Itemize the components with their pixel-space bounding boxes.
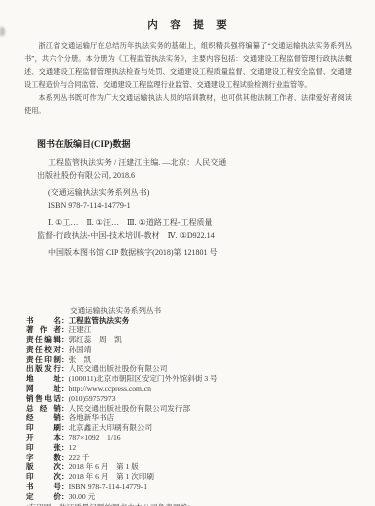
colophon-colon: ： [61, 394, 69, 403]
colophon-colon: ： [61, 325, 69, 334]
colophon-label: 经销 [26, 413, 61, 423]
colophon-label: 印次 [26, 472, 61, 482]
scan-smudge [0, 27, 5, 36]
cip-lines: 工程监管执法实务 / 汪建江主编. —北京：人民交通出版社股份有限公司, 201… [37, 157, 282, 260]
colophon-label: 印刷 [26, 423, 61, 433]
colophon-colon: ： [61, 453, 69, 462]
content-summary-section: 内 容 提 要 浙江省交通运输厅在总结历年执法实务的基础上，组织精兵强将编纂了“… [0, 0, 375, 118]
colophon-label: 责任印制 [26, 355, 61, 365]
cip-line: Ⅰ. ①工… Ⅱ. ①汪… Ⅲ. ①道路工程-工程质量 [37, 217, 282, 230]
colophon-row: 总经销：人民交通出版社股份有限公司发行部 [26, 404, 375, 414]
colophon-value: 汪建江 [69, 325, 92, 334]
colophon-label: 书名 [26, 316, 61, 326]
colophon-row: 印刷：北京鑫正大印刷有限公司 [26, 423, 375, 433]
colophon-colon: ： [61, 462, 69, 471]
colophon-value: (010)59757973 [69, 394, 116, 403]
colophon-row: 责任编辑：郭红蕊 周 凯 [26, 335, 375, 345]
colophon-value: 郭红蕊 周 凯 [69, 335, 122, 344]
colophon-row: 书名：工程监管执法实务 [26, 316, 375, 326]
colophon-label: 开本 [26, 433, 61, 443]
colophon-value: 12 [69, 443, 77, 452]
colophon-value: ISBN 978-7-114-14779-1 [69, 482, 147, 491]
colophon-colon: ： [61, 423, 69, 432]
colophon-label: 责任编辑 [26, 335, 61, 345]
colophon-colon: ： [61, 492, 69, 501]
colophon-row: 经销：各地新华书店 [26, 413, 375, 423]
summary-paragraph-1: 浙江省交通运输厅在总结历年执法实务的基础上，组织精兵强将编纂了“交通运输执法实务… [24, 40, 352, 92]
colophon-label: 总经销 [26, 404, 61, 414]
colophon-value: 孙国靖 [69, 345, 92, 354]
colophon-colon: ： [61, 404, 69, 413]
colophon-label: 书号 [26, 482, 61, 492]
colophon-row: 销售电话：(010)59757973 [26, 394, 375, 404]
colophon-colon: ： [61, 316, 69, 325]
colophon-colon: ： [61, 482, 69, 491]
colophon-row: 印次：2018 年 6 月 第 1 次印刷 [26, 472, 375, 482]
colophon-value: (100011)北京市朝阳区安定门外外馆斜街 3 号 [69, 374, 218, 383]
colophon-row: 定价：30.00 元 [26, 492, 375, 502]
colophon-label: 版次 [26, 462, 61, 472]
colophon-colon: ： [61, 413, 69, 422]
cip-line: ISBN 978-7-114-14779-1 [37, 200, 282, 213]
colophon-colon: ： [61, 433, 69, 442]
cip-line: 监督-行政执法-中国-技术培训-教材 Ⅳ. ①D922.14 [37, 230, 282, 243]
cip-data-section: 图书在版编目(CIP)数据 工程监管执法实务 / 汪建江主编. —北京：人民交通… [37, 137, 282, 260]
colophon-colon: ： [61, 364, 69, 373]
summary-body: 浙江省交通运输厅在总结历年执法实务的基础上，组织精兵强将编纂了“交通运输执法实务… [24, 40, 352, 118]
colophon-colon: ： [61, 472, 69, 481]
colophon-label: 地址 [26, 374, 61, 384]
colophon-value: 2018 年 6 月 第 1 次印刷 [69, 472, 154, 481]
colophon-value: 张 凯 [69, 355, 92, 364]
colophon-colon: ： [61, 335, 69, 344]
colophon-row: 版次：2018 年 6 月 第 1 版 [26, 462, 375, 472]
colophon-row: 开本：787×1092 1/16 [26, 433, 375, 443]
colophon-colon: ： [61, 384, 69, 393]
colophon-row: 印张：12 [26, 443, 375, 453]
colophon-label: 印张 [26, 443, 61, 453]
colophon-value: 人民交通出版社股份有限公司 [69, 364, 168, 373]
colophon-row: 地址：(100011)北京市朝阳区安定门外外馆斜街 3 号 [26, 374, 375, 384]
colophon-value: 北京鑫正大印刷有限公司 [69, 423, 153, 432]
colophon-colon: ： [61, 345, 69, 354]
cip-line: 出版社股份有限公司, 2018.6 [37, 170, 282, 183]
colophon-value: 人民交通出版社股份有限公司发行部 [69, 404, 191, 413]
colophon-colon: ： [61, 374, 69, 383]
cip-line: 中国版本图书馆 CIP 数据核字(2018)第 121801 号 [37, 247, 282, 260]
colophon-row: 著作者：汪建江 [26, 325, 375, 335]
colophon-value: 工程监管执法实务 [69, 316, 130, 325]
colophon-row: 字数：222 千 [26, 453, 375, 463]
colophon-label: 出版发行 [26, 364, 61, 374]
colophon-value: http://www.ccpress.com.cn [69, 384, 151, 393]
colophon-label: 著作者 [26, 325, 61, 335]
colophon-row: 责任校对：孙国靖 [26, 345, 375, 355]
colophon-label: 字数 [26, 453, 61, 463]
colophon-colon: ： [61, 443, 69, 452]
colophon-value: 2018 年 6 月 第 1 版 [69, 462, 139, 471]
cip-heading: 图书在版编目(CIP)数据 [37, 137, 282, 150]
colophon-row: 书号：ISBN 978-7-114-14779-1 [26, 482, 375, 492]
colophon-value: 787×1092 1/16 [69, 433, 121, 442]
colophon-row: 出版发行：人民交通出版社股份有限公司 [26, 364, 375, 374]
book-copyright-page: 内 容 提 要 浙江省交通运输厅在总结历年执法实务的基础上，组织精兵强将编纂了“… [0, 0, 375, 506]
quality-exchange-note: (有印刷、装订质量问题的图书由本公司负责调换) [26, 503, 375, 506]
colophon-value: 各地新华书店 [69, 413, 115, 422]
colophon-row: 责任印制：张 凯 [26, 355, 375, 365]
colophon-label: 销售电话 [26, 394, 61, 404]
colophon-value: 30.00 元 [69, 492, 96, 501]
colophon-label: 定价 [26, 492, 61, 502]
cip-line: (交通运输执法实务系列丛书) [37, 187, 282, 200]
colophon-label: 网址 [26, 384, 61, 394]
colophon-value: 222 千 [69, 453, 90, 462]
series-name: 交通运输执法实务系列丛书 [70, 306, 375, 316]
colophon-colon: ： [61, 355, 69, 364]
colophon-label: 责任校对 [26, 345, 61, 355]
colophon-rows: 书名：工程监管执法实务 著作者：汪建江 责任编辑：郭红蕊 周 凯 责任校对：孙国… [26, 316, 375, 502]
colophon-row: 网址：http://www.ccpress.com.cn [26, 384, 375, 394]
summary-paragraph-2: 本系列丛书既可作为广大交通运输执法人员的培训教材，也可供其他法制工作者、法律爱好… [24, 92, 352, 118]
colophon-section: 交通运输执法实务系列丛书 书名：工程监管执法实务 著作者：汪建江 责任编辑：郭红… [26, 306, 375, 506]
summary-title: 内 容 提 要 [0, 17, 375, 32]
cip-line: 工程监管执法实务 / 汪建江主编. —北京：人民交通 [37, 157, 282, 170]
